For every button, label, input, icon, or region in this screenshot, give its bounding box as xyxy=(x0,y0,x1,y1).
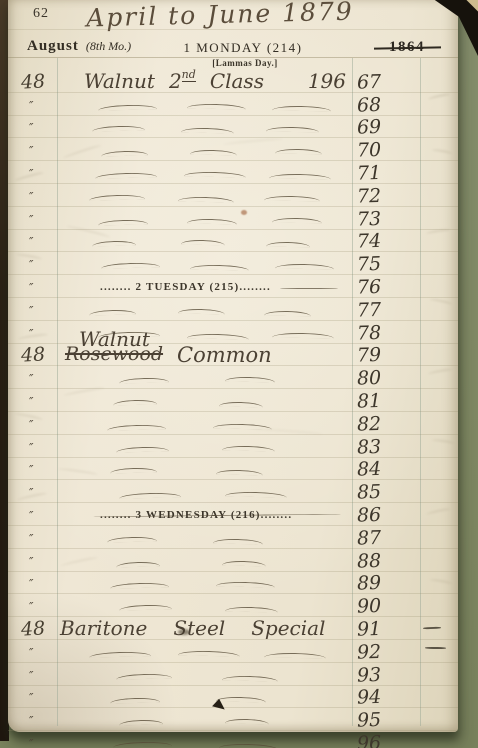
diary-page: 62 April to June 1879 August (8th Mo.) 1… xyxy=(8,0,458,732)
ditto-mark: ″ xyxy=(8,598,57,616)
row-content: WalnutRosewoodCommon xyxy=(57,344,352,366)
ditto-dash xyxy=(89,651,151,658)
ditto-dash xyxy=(275,264,334,270)
ditto-dash xyxy=(272,332,334,338)
ledger-row: ″96 xyxy=(8,731,458,748)
ledger-row: ″69 xyxy=(8,116,458,139)
line-number: 81 xyxy=(352,388,459,413)
ledger-row: ″93 xyxy=(8,663,458,686)
ditto-dash xyxy=(89,194,145,200)
entry-word: 2nd xyxy=(169,70,196,92)
line-number: 74 xyxy=(352,229,459,254)
ditto-mark: ″ xyxy=(8,233,57,251)
hand-stroke xyxy=(280,288,338,289)
ditto-mark: ″ xyxy=(8,119,57,137)
ditto-dash xyxy=(107,424,166,431)
row-content xyxy=(57,161,352,183)
ditto-mark: ″ xyxy=(8,325,57,343)
ditto-mark: ″ xyxy=(8,302,57,320)
ledger-row: ″........ 2 TUESDAY (215)........76 xyxy=(8,275,458,298)
ditto-mark: ″ xyxy=(8,188,57,206)
ledger-row: ″73 xyxy=(8,207,458,230)
ditto-dash xyxy=(110,583,169,590)
ditto-mark: ″ xyxy=(8,689,57,707)
ledger-row: ″74 xyxy=(8,230,458,253)
line-number: 95 xyxy=(352,707,459,732)
line-number: 96 xyxy=(352,730,459,748)
day-header-text: ........ 2 TUESDAY (215)........ xyxy=(100,281,271,293)
row-content xyxy=(57,594,352,616)
ditto-mark: ″ xyxy=(8,735,57,748)
ditto-dash xyxy=(275,149,322,155)
ledger-row: ″........ 3 WEDNESDAY (216)........86 xyxy=(8,503,458,526)
ditto-dash xyxy=(213,538,263,544)
ditto-dash xyxy=(98,219,148,225)
ledger-row: ″90 xyxy=(8,594,458,617)
line-number: 71 xyxy=(352,160,459,185)
line-number: 86 xyxy=(352,502,459,527)
ditto-dash xyxy=(92,241,136,247)
ditto-mark: ″ xyxy=(8,712,57,730)
ditto-dash xyxy=(116,673,172,679)
ink-smudge xyxy=(178,629,190,635)
row-content xyxy=(57,731,352,748)
row-content: BaritoneSteelSpecial xyxy=(57,617,352,639)
row-content: ........ 3 WEDNESDAY (216)........ xyxy=(57,503,352,525)
line-number: 72 xyxy=(352,183,459,208)
line-number: 69 xyxy=(352,115,459,140)
ditto-dash xyxy=(187,103,246,110)
row-content xyxy=(57,572,352,594)
ditto-dash xyxy=(187,333,249,340)
ditto-dash xyxy=(95,172,157,179)
ditto-dash xyxy=(119,720,163,726)
ditto-mark: ″ xyxy=(8,393,57,411)
ditto-dash xyxy=(216,470,263,476)
holiday-note: [Lammas Day.] xyxy=(160,58,330,68)
margin-number: 48 xyxy=(8,71,58,94)
ditto-dash xyxy=(272,105,331,111)
ditto-mark: ″ xyxy=(8,575,57,593)
ditto-mark: ″ xyxy=(8,461,57,479)
ditto-mark: ″ xyxy=(8,530,57,548)
line-number: 79 xyxy=(352,343,459,368)
ditto-dash xyxy=(269,173,331,179)
line-number: 76 xyxy=(352,274,459,299)
row-content xyxy=(57,549,352,571)
ditto-mark: ″ xyxy=(8,416,57,434)
ledger-row: ″75 xyxy=(8,252,458,275)
ditto-dash xyxy=(89,309,136,315)
ditto-mark: ″ xyxy=(8,279,57,297)
line-number: 73 xyxy=(352,206,459,231)
ledger-row: ″94 xyxy=(8,686,458,709)
line-number: 83 xyxy=(352,434,459,459)
ditto-dash xyxy=(113,741,172,748)
ditto-dash xyxy=(181,128,234,134)
ledger-row: ″80 xyxy=(8,366,458,389)
ditto-mark: ″ xyxy=(8,553,57,571)
ditto-dash xyxy=(119,604,172,610)
day-header-monday: 1 MONDAY (214) xyxy=(138,40,348,56)
row-content xyxy=(57,93,352,115)
page-number: 62 xyxy=(33,6,49,22)
row-content xyxy=(57,389,352,411)
ditto-dash xyxy=(272,217,322,223)
ditto-mark: ″ xyxy=(8,644,57,662)
row-content xyxy=(57,435,352,457)
ledger-row: ″71 xyxy=(8,161,458,184)
line-number: 75 xyxy=(352,251,459,276)
ditto-mark: ″ xyxy=(8,256,57,274)
line-number: 91 xyxy=(352,616,459,641)
month-name: August xyxy=(27,38,79,54)
ditto-dash xyxy=(190,150,237,156)
ditto-dash xyxy=(119,492,181,499)
ledger-row: ″87 xyxy=(8,526,458,549)
row-content xyxy=(57,458,352,480)
row-content: ........ 2 TUESDAY (215)........ xyxy=(57,275,352,297)
ditto-dash xyxy=(116,446,169,452)
line-number: 88 xyxy=(352,548,459,573)
ditto-dash xyxy=(101,151,148,157)
entry-value: 196 xyxy=(308,70,346,92)
row-content xyxy=(57,252,352,274)
line-number: 78 xyxy=(352,320,459,345)
ditto-dash xyxy=(263,310,310,316)
ditto-dash xyxy=(119,378,169,384)
line-number: 93 xyxy=(352,662,459,687)
row-content xyxy=(57,480,352,502)
ditto-dash xyxy=(110,698,160,704)
row-content xyxy=(57,184,352,206)
ditto-dash xyxy=(116,561,160,567)
row-content xyxy=(57,708,352,730)
ditto-mark: ″ xyxy=(8,667,57,685)
line-number: 85 xyxy=(352,479,459,504)
ditto-dash xyxy=(178,196,234,202)
ledger-row: ″89 xyxy=(8,572,458,595)
line-number: 67 xyxy=(352,69,459,94)
ledger-row: ″77 xyxy=(8,298,458,321)
ditto-dash xyxy=(222,675,278,681)
row-content xyxy=(57,366,352,388)
ditto-dash xyxy=(181,240,225,246)
entry-word: Common xyxy=(177,343,272,367)
ditto-dash xyxy=(263,195,319,201)
line-number: 89 xyxy=(352,570,459,595)
ditto-dash xyxy=(266,127,319,133)
ledger-row: ″95 xyxy=(8,708,458,731)
ditto-mark: ″ xyxy=(8,484,57,502)
line-number: 87 xyxy=(352,525,459,550)
month-detail: (8th Mo.) xyxy=(86,39,131,53)
ditto-dash xyxy=(113,399,157,405)
ledger-row: ″82 xyxy=(8,412,458,435)
ditto-mark: ″ xyxy=(8,211,57,229)
row-content xyxy=(57,298,352,320)
ditto-dash xyxy=(190,264,249,271)
line-number: 84 xyxy=(352,457,459,482)
ditto-dash xyxy=(225,719,269,725)
ditto-dash xyxy=(107,536,157,542)
row-content xyxy=(57,412,352,434)
margin-number: 48 xyxy=(8,618,58,641)
row-content xyxy=(57,663,352,685)
line-number: 92 xyxy=(352,639,459,664)
ditto-dash xyxy=(219,401,263,407)
ledger-row: ″72 xyxy=(8,184,458,207)
ledger-row: ″85 xyxy=(8,480,458,503)
ledger-rows: 48Walnut2ndClass19667″68″69″70″71″72″73″… xyxy=(8,70,458,748)
margin-number: 48 xyxy=(8,344,58,367)
struck-year: 1864 xyxy=(376,39,438,56)
ditto-dash xyxy=(101,262,160,269)
row-content xyxy=(57,138,352,160)
ditto-dash xyxy=(222,560,266,566)
ditto-dash xyxy=(219,743,278,748)
ledger-row: 48Walnut2ndClass19667 xyxy=(8,70,458,93)
line-number: 94 xyxy=(352,684,459,709)
entry-word: Class xyxy=(210,70,264,92)
ditto-mark: ″ xyxy=(8,142,57,160)
ditto-mark: ″ xyxy=(8,439,57,457)
ditto-dash xyxy=(225,377,275,383)
ditto-dash xyxy=(263,652,325,658)
entry-word: Baritone xyxy=(60,617,147,639)
ditto-mark: ″ xyxy=(8,370,57,388)
ledger-row: ″83 xyxy=(8,435,458,458)
row-content xyxy=(57,207,352,229)
ditto-dash xyxy=(184,171,246,178)
ordinal-suffix: nd xyxy=(182,68,196,82)
ditto-dash xyxy=(98,104,157,111)
ditto-mark: ″ xyxy=(8,97,57,115)
row-content: Walnut2ndClass196 xyxy=(57,70,352,92)
rust-fleck xyxy=(241,210,247,215)
ditto-dash xyxy=(225,491,287,498)
ditto-dash xyxy=(266,242,310,248)
row-content xyxy=(57,526,352,548)
ledger-row: 48WalnutRosewoodCommon79 xyxy=(8,344,458,367)
ditto-dash xyxy=(110,468,157,474)
row-content xyxy=(57,640,352,662)
ditto-dash xyxy=(222,445,275,451)
entry-word: Steel xyxy=(173,617,225,639)
row-content xyxy=(57,686,352,708)
ditto-dash xyxy=(178,308,225,314)
ditto-mark: ″ xyxy=(8,507,57,525)
month-header: August (8th Mo.) xyxy=(27,37,131,55)
line-number: 82 xyxy=(352,411,459,436)
ledger-row: 48BaritoneSteelSpecial91 xyxy=(8,617,458,640)
scanned-diary-page: 62 April to June 1879 August (8th Mo.) 1… xyxy=(0,0,478,748)
entry-word: Special xyxy=(251,617,325,639)
ruled-line xyxy=(8,29,458,30)
struck-word: Rosewood xyxy=(65,343,163,365)
strikethrough-mark xyxy=(374,46,441,49)
ledger-row: ″92 xyxy=(8,640,458,663)
ledger-row: ″68 xyxy=(8,93,458,116)
ledger-row: ″78 xyxy=(8,321,458,344)
ditto-dash xyxy=(92,126,145,132)
ditto-dash xyxy=(216,582,275,589)
row-content xyxy=(57,116,352,138)
entry-word: Walnut xyxy=(84,70,155,92)
handwritten-title: April to June 1879 xyxy=(80,0,361,33)
ditto-dash xyxy=(225,606,278,612)
ditto-dash xyxy=(187,218,237,224)
line-number: 90 xyxy=(352,593,459,618)
ditto-dash xyxy=(178,650,240,657)
